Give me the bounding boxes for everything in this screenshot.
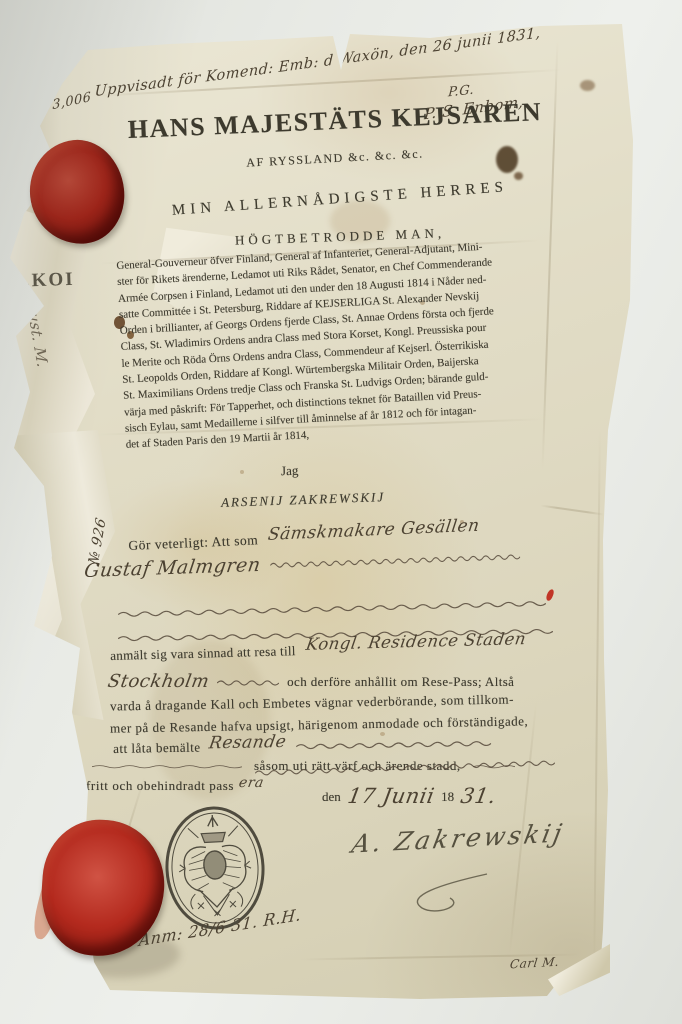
red-ink-mark (545, 588, 554, 601)
top-note-initials: P.G. (448, 83, 475, 101)
registration-number: 3,006 (52, 90, 91, 113)
issuer-pronoun: Jag (281, 463, 299, 480)
issuer-name: ARSENIJ ZAKREWSKIJ (221, 489, 386, 511)
declaration-label: Gör veterligt: Att som (128, 532, 258, 554)
pass-clause: fritt och obehindradt pass (86, 778, 234, 794)
order-line3-prefix: att låta bemälte (113, 739, 201, 757)
bottom-right-note: Carl M. (509, 955, 560, 972)
crease-line (593, 430, 601, 970)
address-line: MIN ALLERNÅDIGSTE HERRES (120, 176, 560, 224)
date-day-month-handwritten: 17 Junii (346, 784, 437, 808)
occupation-handwritten-fill: Sämskmakare Gesällen (267, 516, 481, 545)
date-year-handwritten: 31. (459, 784, 498, 808)
bemalte-row: att låta bemälte Resande (113, 732, 491, 759)
date-century: 18 (441, 789, 454, 805)
destination-row: Stockholm och derföre anhållit om Rese-P… (108, 671, 514, 692)
signature-flourish (392, 870, 502, 918)
wavy-fill-line (217, 678, 279, 686)
left-edge-printed-showthrough: I8.KOI (4, 269, 75, 293)
wavy-fill-line (270, 552, 520, 569)
pass-row: fritt och obehindradt pass era (86, 778, 264, 794)
resande-handwritten-fill: Resande (208, 732, 288, 753)
governor-signature: A. Zakrewskij (349, 818, 567, 858)
fill-line (92, 763, 242, 769)
date-prefix: den (322, 789, 341, 805)
stain (240, 470, 244, 474)
titles-paragraph: General-Gouverneur öfver Finland, Genera… (116, 236, 538, 453)
document-title: HANS MAJESTÄTS KEJSAREN (100, 96, 571, 146)
wavy-fill-line (118, 598, 546, 617)
stain (580, 80, 595, 91)
travel-continuation: och derföre anhållit om Rese-Pass; Altså (287, 674, 514, 690)
destination-handwritten-line2: Stockholm (106, 671, 211, 692)
photograph-of-passport-document: Uppvisadt för Komend: Emb: d Waxön, den … (0, 0, 682, 1024)
pass-handwritten-suffix: era (238, 775, 266, 791)
order-line: varda å dragande Kall och Embetes vägnar… (110, 691, 514, 714)
date-row: den 17 Junii 18 31. (322, 782, 496, 806)
travel-label: anmält sig vara sinnad att resa till (110, 643, 296, 664)
torn-paper-flap (0, 545, 62, 680)
traveller-name-handwritten: Gustaf Malmgren (83, 554, 262, 582)
crease-line (540, 505, 604, 516)
document-subtitle: AF RYSSLAND &c. &c. &c. (170, 142, 500, 174)
wavy-fill-line (296, 738, 491, 749)
